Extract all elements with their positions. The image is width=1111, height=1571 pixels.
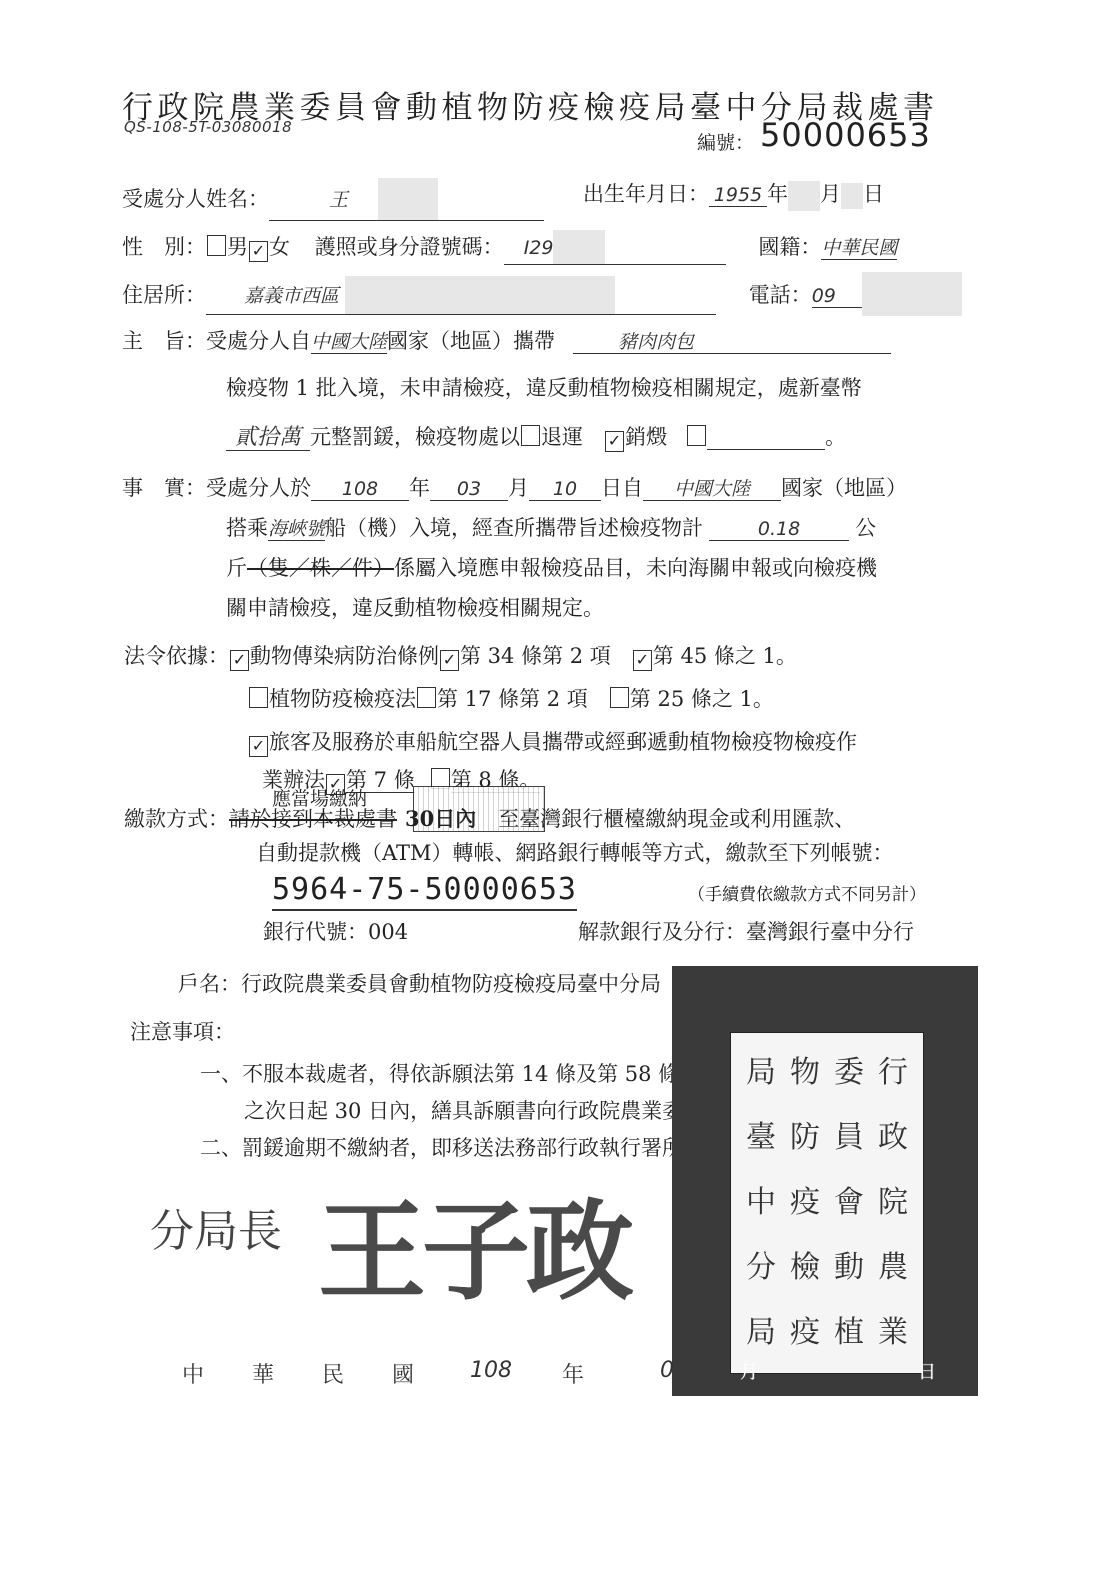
facts-text: 月	[508, 476, 529, 500]
subject-origin: 中國大陸	[311, 332, 387, 354]
facts-label: 事 實：	[122, 476, 206, 500]
payment-line-2: 自動提款機（ATM）轉帳、網路銀行轉帳等方式，繳款至下列帳號：	[256, 837, 894, 867]
name-field: 王	[269, 178, 544, 221]
facts-text: 係屬入境應申報檢疫品目，未向海關申報或向檢疫機	[394, 556, 877, 580]
seal-character: 臺	[739, 1106, 783, 1171]
id-label: 護照或身分證號碼：	[315, 235, 504, 259]
address-row: 住居所：嘉義市西區 電話：09	[122, 272, 962, 316]
seal-character: 員	[827, 1106, 871, 1171]
legal-line-1: 法令依據：✓動物傳染病防治條例✓第 34 條第 2 項✓第 45 條之 1。	[124, 640, 797, 671]
month-char: 月	[820, 182, 841, 206]
seal-character: 業	[871, 1300, 915, 1365]
year-char: 年	[767, 182, 788, 206]
subject-text: 元整罰鍰，檢疫物處以	[310, 425, 520, 449]
official-seal: 局物委行臺防員政中疫會院分檢動農局疫植業	[672, 966, 978, 1396]
other-field	[707, 426, 825, 450]
facts-line-3: 斤（隻／株／件）係屬入境應申報檢疫品目，未向海關申報或向檢疫機	[226, 552, 877, 582]
redaction	[788, 181, 820, 211]
name-label: 受處分人姓名：	[122, 187, 269, 211]
return-checkbox[interactable]	[521, 425, 540, 446]
plant-act-checkbox[interactable]	[249, 687, 268, 708]
account-name-row: 戶名：行政院農業委員會動植物防疫檢疫局臺中分局	[178, 968, 661, 998]
traveler-regulation-checkbox[interactable]: ✓	[249, 736, 268, 757]
branch-label: 解款銀行及分行：	[578, 920, 746, 944]
facts-text: 受處分人於	[206, 476, 311, 500]
facts-origin: 中國大陸	[643, 479, 781, 501]
account-number: 5964-75-50000653	[272, 872, 577, 911]
date-era-2: 華	[252, 1358, 274, 1389]
legal-text: 第 45 條之 1。	[653, 644, 797, 668]
seal-character: 行	[871, 1041, 915, 1106]
seal-character: 動	[827, 1235, 871, 1300]
seal-character: 分	[739, 1235, 783, 1300]
address-field: 嘉義市西區	[206, 276, 716, 315]
seal-characters: 局物委行臺防員政中疫會院分檢動農局疫植業	[739, 1041, 915, 1365]
address-value: 嘉義市西區	[244, 285, 339, 307]
payment-line-1: 繳款方式：請於接到本裁處書30日內至臺灣銀行櫃檯繳納現金或利用匯款、	[124, 803, 855, 833]
legal-text: 第 34 條第 2 項	[460, 644, 611, 668]
facts-vessel: 海峽號	[268, 519, 325, 541]
seal-inner: 局物委行臺防員政中疫會院分檢動農局疫植業	[730, 1032, 924, 1374]
serial-number: 50000653	[760, 116, 931, 154]
facts-month: 03	[430, 479, 508, 501]
subject-text: 受處分人自	[206, 329, 311, 353]
facts-year: 108	[311, 479, 409, 501]
redaction	[862, 272, 962, 316]
legal-text: 旅客及服務於車船航空器人員攜帶或經郵遞動植物檢疫物檢疫作	[269, 730, 857, 754]
seal-character: 疫	[783, 1300, 827, 1365]
subject-item: 豬肉肉包	[573, 332, 891, 354]
facts-line-1: 事 實：受處分人於108年03月10日自中國大陸國家（地區）	[122, 472, 907, 502]
account-name: 行政院農業委員會動植物防疫檢疫局臺中分局	[241, 972, 661, 996]
payment-text: 至臺灣銀行櫃檯繳納現金或利用匯款、	[498, 807, 855, 831]
birth-year: 1955	[709, 185, 767, 207]
destroy-checkbox[interactable]: ✓	[605, 431, 624, 452]
date-year-char: 年	[562, 1358, 584, 1389]
facts-text: 斤	[226, 556, 247, 580]
article-34-checkbox[interactable]: ✓	[440, 650, 459, 671]
seal-character: 局	[739, 1300, 783, 1365]
animal-disease-act-checkbox[interactable]: ✓	[230, 650, 249, 671]
seal-character: 疫	[783, 1171, 827, 1236]
facts-quantity: 0.18	[709, 519, 849, 541]
seal-character: 植	[827, 1300, 871, 1365]
other-checkbox[interactable]	[687, 425, 706, 446]
document-reference: QS-108-5T-03080018	[124, 118, 292, 136]
facts-text: 年	[409, 476, 430, 500]
legal-text: 動物傳染病防治條例	[250, 644, 439, 668]
bank-code-label: 銀行代號：	[263, 920, 368, 944]
date-month-char: 月	[740, 1358, 758, 1384]
article-45-checkbox[interactable]: ✓	[633, 650, 652, 671]
director-title: 分局長	[150, 1195, 282, 1259]
seal-character: 委	[827, 1041, 871, 1106]
subject-line-2: 檢疫物 1 批入境，未申請檢疫，違反動植物檢疫相關規定，處新臺幣	[226, 372, 862, 402]
seal-character: 中	[739, 1171, 783, 1236]
legal-label: 法令依據：	[124, 644, 229, 668]
legal-text: 第 17 條第 2 項	[437, 687, 588, 711]
struck-deadline-text: 請於接到本裁處書	[229, 807, 397, 831]
subject-line-3: 貳拾萬元整罰鍰，檢疫物處以退運✓銷燬 。	[226, 421, 846, 452]
legal-text: 植物防疫檢疫法	[269, 687, 416, 711]
serial-label: 編號：	[697, 128, 754, 155]
fee-note: （手續費依繳款方式不同另計）	[688, 880, 926, 905]
redaction	[345, 276, 615, 314]
seal-character: 政	[871, 1106, 915, 1171]
bank-code: 004	[368, 920, 408, 944]
redaction	[553, 230, 605, 264]
branch: 臺灣銀行臺中分行	[746, 920, 914, 944]
legal-line-2: 植物防疫檢疫法第 17 條第 2 項第 25 條之 1。	[248, 683, 774, 713]
bank-code-row: 銀行代號：004	[263, 916, 408, 946]
facts-text: 船（機）入境，經查所攜帶旨述檢疫物計	[325, 516, 703, 540]
facts-text: 公	[855, 516, 876, 540]
id-field: I29	[504, 230, 726, 265]
facts-text: 國家（地區）	[781, 476, 907, 500]
facts-day: 10	[529, 479, 601, 501]
facts-text: 日自	[601, 476, 643, 500]
phone-label: 電話：	[749, 283, 812, 307]
seal-character: 物	[783, 1041, 827, 1106]
seal-character: 防	[783, 1106, 827, 1171]
facts-line-4: 關申請檢疫，違反動植物檢疫相關規定。	[226, 592, 604, 622]
name-value: 王	[329, 189, 348, 211]
legal-line-3: ✓旅客及服務於車船航空器人員攜帶或經郵遞動植物檢疫物檢疫作	[248, 726, 857, 757]
destroy-label: 銷燬	[625, 425, 667, 449]
period: 。	[825, 425, 846, 449]
seal-character: 檢	[783, 1235, 827, 1300]
id-value: I29	[524, 237, 554, 259]
address-label: 住居所：	[122, 283, 206, 307]
return-label: 退運	[541, 425, 583, 449]
stamp-text: 30日內	[405, 806, 476, 831]
male-checkbox[interactable]	[207, 235, 226, 256]
date-era-3: 民	[322, 1358, 344, 1389]
article-17-checkbox[interactable]	[417, 687, 436, 708]
seal-character: 農	[871, 1235, 915, 1300]
subject-line-1: 主 旨：受處分人自中國大陸國家（地區）攜帶豬肉肉包	[122, 325, 891, 355]
female-checkbox[interactable]: ✓	[249, 241, 268, 262]
notes-label: 注意事項：	[130, 1016, 235, 1046]
day-char: 日	[863, 182, 884, 206]
date-month: 0	[660, 1358, 674, 1383]
nationality-label: 國籍：	[758, 235, 821, 259]
seal-character: 會	[827, 1171, 871, 1236]
nationality-value: 中華民國	[821, 238, 897, 260]
article-25-checkbox[interactable]	[610, 687, 629, 708]
legal-text: 第 25 條之 1。	[630, 687, 774, 711]
payment-label: 繳款方式：	[124, 807, 229, 831]
account-name-label: 戶名：	[178, 972, 241, 996]
subject-text: 國家（地區）攜帶	[387, 329, 555, 353]
phone-value: 09	[812, 286, 862, 308]
redaction	[841, 183, 863, 209]
fine-amount: 貳拾萬	[226, 426, 310, 451]
date-era-4: 國	[392, 1358, 414, 1389]
date-day-char: 日	[918, 1358, 936, 1384]
facts-text: 搭乘	[226, 516, 268, 540]
date-era-1: 中	[182, 1358, 204, 1389]
branch-row: 解款銀行及分行：臺灣銀行臺中分行	[578, 916, 914, 946]
female-label: 女	[269, 235, 290, 259]
male-label: 男	[227, 235, 248, 259]
seal-character: 院	[871, 1171, 915, 1236]
subject-label: 主 旨：	[122, 329, 206, 353]
seal-character: 局	[739, 1041, 783, 1106]
date-year: 108	[470, 1358, 512, 1383]
struck-unit-options: （隻／株／件）	[247, 556, 394, 580]
gender-label: 性 別：	[122, 235, 206, 259]
birth-label: 出生年月日：	[583, 182, 709, 206]
facts-line-2: 搭乘海峽號船（機）入境，經查所攜帶旨述檢疫物計0.18公	[226, 512, 876, 542]
gender-row: 性 別：男✓女 護照或身分證號碼：I29 國籍：中華民國	[122, 230, 897, 265]
name-row: 受處分人姓名：王	[122, 178, 544, 221]
redaction	[378, 178, 438, 220]
birth-row: 出生年月日：1955年月日	[583, 178, 884, 211]
director-signature: 王子政	[318, 1165, 630, 1320]
